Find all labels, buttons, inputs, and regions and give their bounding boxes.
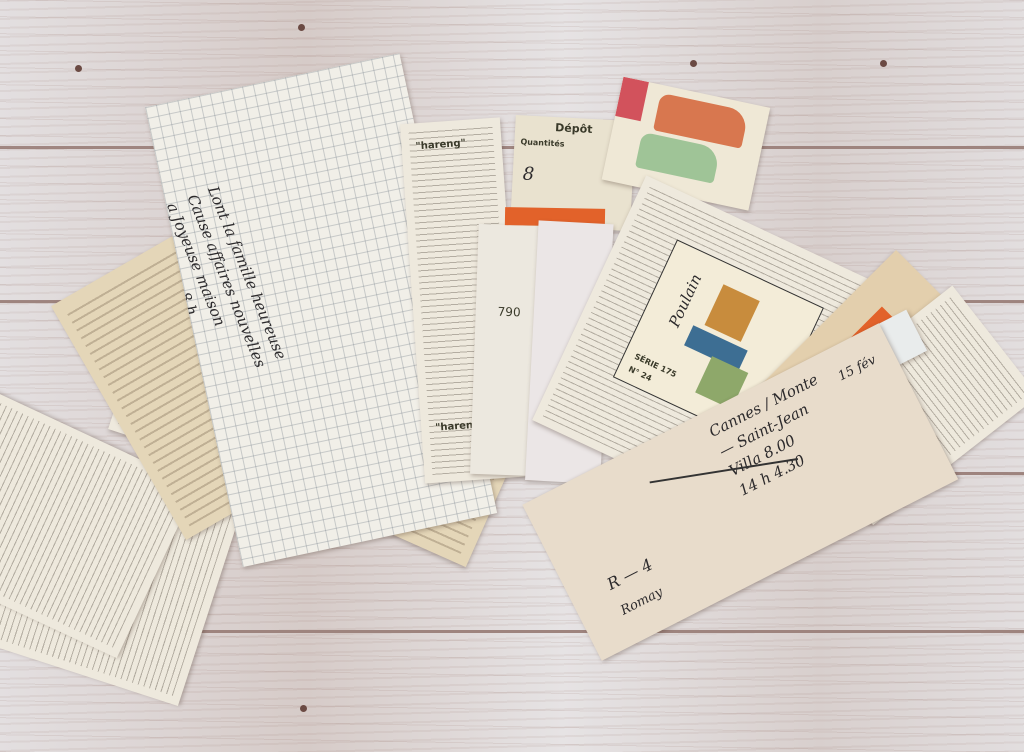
wood-knot xyxy=(75,65,82,72)
note-date: 15 fév xyxy=(834,350,880,388)
brand-logo: Poulain xyxy=(663,270,707,330)
cabinet-illustration xyxy=(705,284,760,342)
form-handwritten-value: 8 xyxy=(522,163,535,186)
clipping-entry: "hareng" xyxy=(415,138,466,152)
wood-knot xyxy=(300,705,307,712)
ledger-number: 790 xyxy=(497,305,520,320)
wood-knot xyxy=(690,60,697,67)
form-column: Quantités xyxy=(520,137,565,148)
wood-knot xyxy=(880,60,887,67)
form-title: Dépôt xyxy=(555,121,593,136)
wood-knot xyxy=(298,24,305,31)
